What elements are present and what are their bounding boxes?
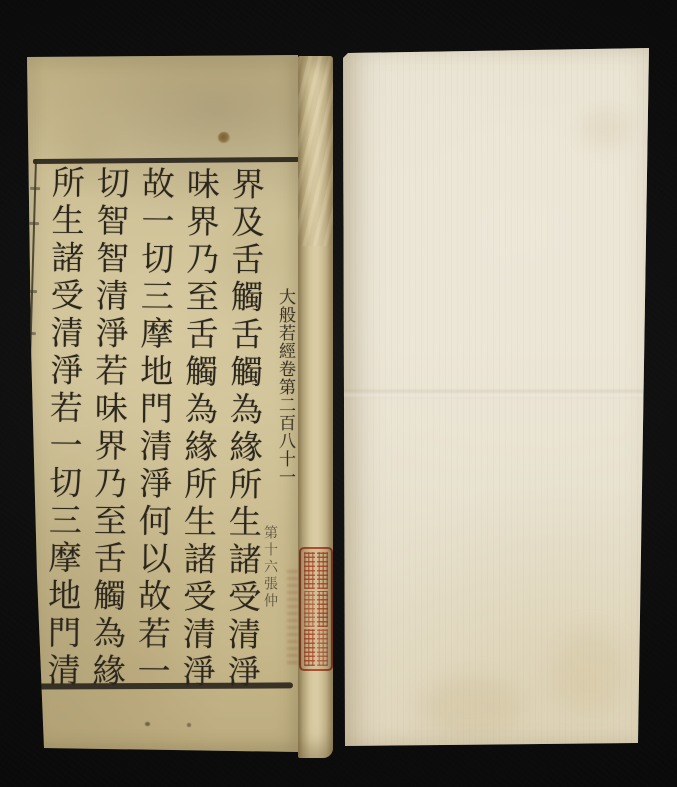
book-photograph: 界及舌觸舌觸為緣所生諸受清淨 味界乃至舌觸為緣所生諸受清淨 故一切三摩地門清淨何… xyxy=(0,0,677,787)
seal-glyph xyxy=(304,629,315,666)
right-page xyxy=(343,48,649,746)
paper-stain xyxy=(421,676,521,738)
paper-stain xyxy=(218,132,230,143)
sutra-text-column-4: 切智智清淨若味界乃至舌觸為緣 xyxy=(82,165,132,690)
seal-glyph xyxy=(317,629,328,666)
paper-stain xyxy=(555,628,627,712)
sheet-number-caption: 第十六張仲 xyxy=(259,525,279,685)
page-crease xyxy=(343,390,649,398)
stitch-mark xyxy=(27,290,37,293)
seal-glyph xyxy=(317,591,328,628)
volume-caption: 大般若經卷第二百八十一 xyxy=(274,288,296,493)
stitch-mark xyxy=(20,525,30,528)
stitch-mark xyxy=(26,332,36,335)
collector-seal-stamp xyxy=(299,547,333,671)
text-frame-left-rule xyxy=(19,159,37,689)
stitch-mark xyxy=(22,445,32,448)
paper-stain xyxy=(187,723,191,727)
stitch-mark xyxy=(29,222,39,225)
stitch-mark xyxy=(18,606,28,609)
seal-ink-offset xyxy=(287,566,298,664)
seal-glyph xyxy=(304,552,315,589)
sutra-text-column-3: 故一切三摩地門清淨何以故若一 xyxy=(127,166,177,691)
paper-stain xyxy=(581,108,631,148)
sutra-text-column-2: 味界乃至舌觸為緣所生諸受清淨 xyxy=(172,166,222,691)
seal-glyph xyxy=(304,591,315,628)
text-frame-top-rule xyxy=(33,157,299,164)
stitch-mark xyxy=(30,187,40,190)
left-page: 界及舌觸舌觸為緣所生諸受清淨 味界乃至舌觸為緣所生諸受清淨 故一切三摩地門清淨何… xyxy=(27,55,298,752)
sutra-text-column-5: 所生諸受清淨若一切三摩地門清 xyxy=(37,165,87,690)
seal-glyph xyxy=(317,552,328,589)
sutra-text-block: 界及舌觸舌觸為緣所生諸受清淨 味界乃至舌觸為緣所生諸受清淨 故一切三摩地門清淨何… xyxy=(37,165,267,692)
paper-stain xyxy=(145,722,150,726)
